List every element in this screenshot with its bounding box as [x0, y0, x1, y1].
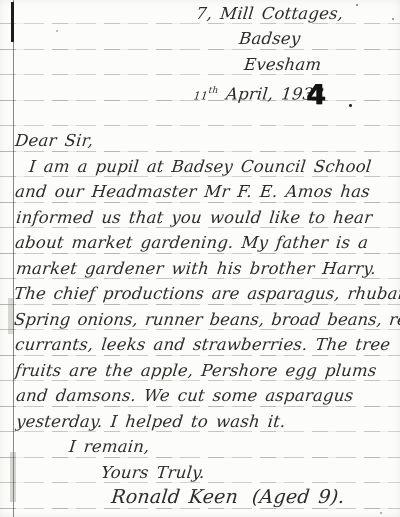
body-line: about market gardening. My father is a	[14, 232, 369, 254]
ruled-line	[0, 457, 400, 458]
body-line: yesterday. I helped to wash it.	[15, 411, 287, 433]
body-line: informed us that you would like to hear	[15, 207, 373, 229]
scan-smudge	[10, 452, 16, 502]
ink-grade-mark: 4	[306, 80, 325, 110]
signature-name: Ronald Keen	[110, 486, 239, 508]
body-line: and our Headmaster Mr F. E. Amos has	[14, 181, 371, 203]
ink-dot	[349, 104, 352, 107]
address-line-1: 7, Mill Cottages,	[195, 3, 344, 25]
margin-line	[13, 0, 14, 517]
signature-line: Ronald Keen(Aged 9).	[110, 485, 346, 510]
salutation: Dear Sir,	[14, 130, 94, 152]
letter-page: 7, Mill Cottages, Badsey Evesham 11th Ap…	[0, 0, 400, 517]
ruled-line	[0, 49, 400, 50]
address-line-3: Evesham	[243, 54, 322, 76]
scan-specks	[356, 4, 358, 6]
date-day: 11	[193, 90, 209, 103]
ruled-line	[0, 74, 400, 75]
body-line: Spring onions, runner beans, broad beans…	[13, 309, 400, 331]
closing-line-2: Yours Truly.	[100, 462, 206, 484]
body-line: and damsons. We cut some asparagus	[15, 385, 354, 407]
body-line: The chief productions are asparagus, rhu…	[13, 283, 400, 305]
body-line: I am a pupil at Badsey Council School	[28, 156, 373, 178]
date-ordinal: th	[208, 86, 219, 96]
ink-blob	[11, 2, 14, 42]
closing-line-1: I remain,	[68, 436, 151, 458]
address-line-2: Badsey	[238, 28, 302, 50]
signature-age-note: (Aged 9).	[251, 486, 346, 508]
body-line: currants, leeks and strawberries. The tr…	[14, 334, 391, 356]
body-line: market gardener with his brother Harry.	[15, 258, 377, 280]
body-line: fruits are the apple, Pershore egg plums	[14, 360, 378, 382]
ruled-line	[0, 125, 400, 126]
